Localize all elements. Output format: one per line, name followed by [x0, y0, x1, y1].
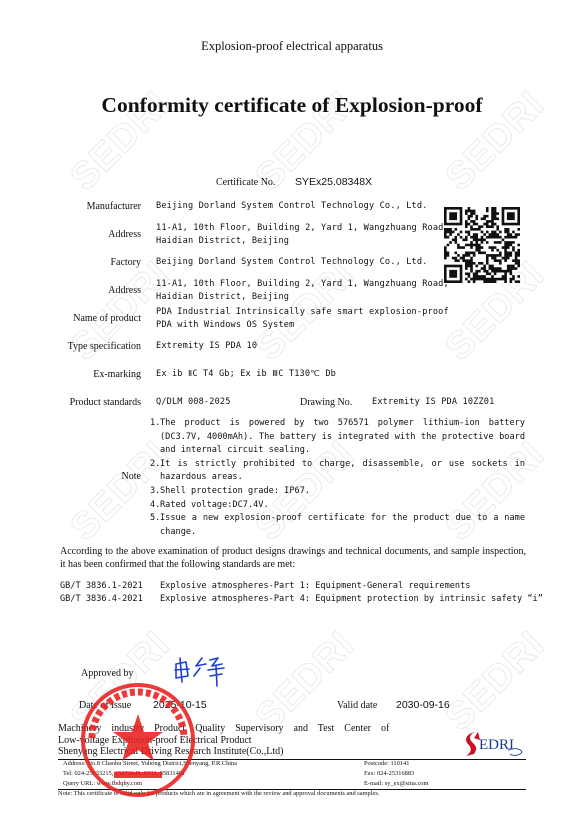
note-item: 5. Issue a new explosion-proof certifica… — [150, 512, 525, 539]
manufacturer-value: Beijing Dorland System Control Technolog… — [156, 200, 428, 214]
qr-code[interactable] — [444, 207, 520, 283]
factory-value: Beijing Dorland System Control Technolog… — [156, 256, 428, 270]
note-number: 1. — [150, 417, 160, 458]
document-subtitle: Explosion-proof electrical apparatus — [0, 39, 584, 54]
manufacturer-label: Manufacturer — [51, 201, 141, 212]
note-number: 4. — [150, 499, 160, 513]
factory-address-line-1: 11-A1, 10th Floor, Building 2, Yard 1, W… — [156, 278, 449, 292]
note-text: Shell protection grade: IP67. — [160, 485, 525, 499]
note-label: Note — [51, 471, 141, 482]
manufacturer-address-line-1: 11-A1, 10th Floor, Building 2, Yard 1, W… — [156, 222, 449, 236]
contact-fax: Fax: 024-25316883 — [364, 770, 414, 777]
type-specification-value: Extremity IS PDA 10 — [156, 340, 257, 354]
certificate-number: SYEx25.08348X — [295, 176, 372, 188]
note-number: 5. — [150, 512, 160, 539]
valid-date: 2030-09-16 — [396, 699, 450, 711]
official-stamp — [78, 680, 198, 800]
manufacturer-address-line-2: Haidian District, Beijing — [156, 235, 289, 249]
note-number: 2. — [150, 458, 160, 485]
contact-email[interactable]: E-mail: sy_ex@sina.com — [364, 780, 428, 787]
note-text: Issue a new explosion-proof certificate … — [160, 512, 525, 539]
drawing-number-value: Extremity IS PDA 10ZZ01 — [372, 396, 494, 410]
product-standards-label: Product standards — [51, 397, 141, 408]
factory-label: Factory — [51, 257, 141, 268]
standard-code: GB/T 3836.4-2021 — [60, 594, 143, 604]
contact-postcode: Postcode: 110141 — [364, 760, 409, 767]
certificate-page: Explosion-proof electrical apparatus Con… — [0, 0, 584, 823]
star-icon — [113, 714, 163, 761]
certificate-number-label: Certificate No. — [216, 177, 275, 188]
note-list: 1. The product is powered by two 576571 … — [150, 417, 525, 539]
note-item: 3. Shell protection grade: IP67. — [150, 485, 525, 499]
ex-marking-label: Ex-marking — [51, 369, 141, 380]
note-text: The product is powered by two 576571 pol… — [160, 417, 525, 458]
note-text: It is strictly prohibited to charge, dis… — [160, 458, 525, 485]
factory-address-line-2: Haidian District, Beijing — [156, 291, 289, 305]
document-title: Conformity certificate of Explosion-proo… — [0, 93, 584, 118]
note-item: 4. Rated voltage:DC7.4V. — [150, 499, 525, 513]
note-item: 1. The product is powered by two 576571 … — [150, 417, 525, 458]
product-standards-value: Q/DLM 008-2025 — [156, 396, 231, 410]
product-name-line-2: PDA with Windows OS System — [156, 319, 294, 333]
ex-marking-value: Ex ib ⅡC T4 Gb; Ex ib ⅢC T130℃ Db — [156, 368, 336, 382]
drawing-number-label: Drawing No. — [300, 397, 352, 408]
product-name-line-1: PDA Industrial Intrinsically safe smart … — [156, 306, 449, 320]
valid-date-label: Valid date — [337, 700, 377, 711]
approved-by-label: Approved by — [81, 668, 134, 679]
note-item: 2. It is strictly prohibited to charge, … — [150, 458, 525, 485]
conformity-statement: According to the above examination of pr… — [60, 546, 526, 571]
standard-code: GB/T 3836.1-2021 — [60, 581, 143, 591]
note-number: 3. — [150, 485, 160, 499]
note-text: Rated voltage:DC7.4V. — [160, 499, 525, 513]
type-specification-label: Type specification — [51, 341, 141, 352]
sedri-logo-text: EDRI — [479, 737, 514, 754]
manufacturer-address-label: Address — [51, 229, 141, 240]
standard-description: Explosive atmospheres-Part 4: Equipment … — [160, 594, 543, 604]
factory-address-label: Address — [51, 285, 141, 296]
product-name-label: Name of product — [51, 313, 141, 324]
standard-description: Explosive atmospheres-Part 1: Equipment-… — [160, 581, 470, 591]
